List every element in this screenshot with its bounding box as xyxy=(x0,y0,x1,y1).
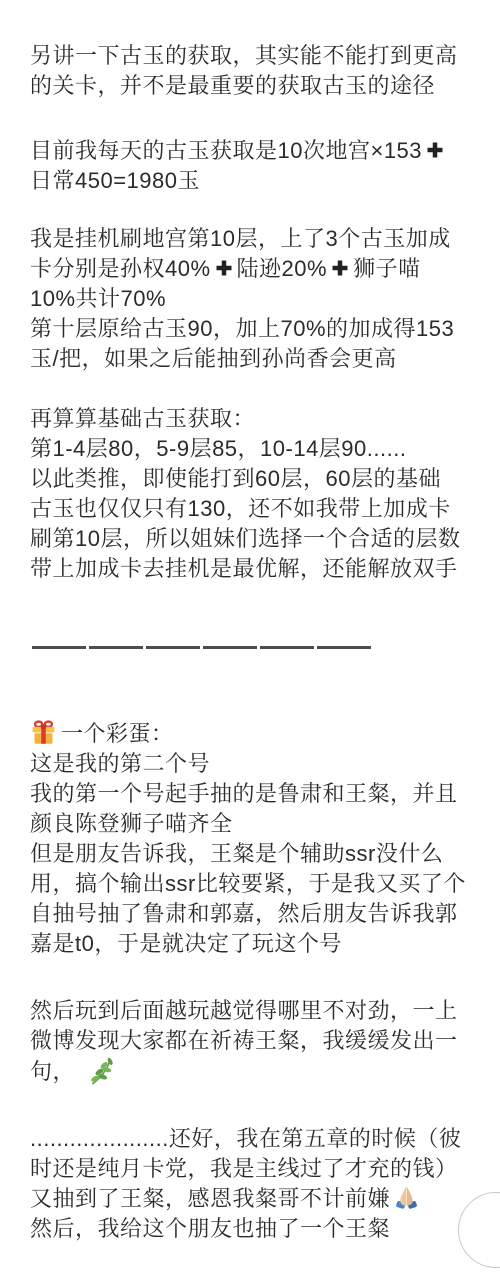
text: 陆逊20% xyxy=(237,256,328,281)
text: 然后，我给这个朋友也抽了一个王粲 xyxy=(30,1216,390,1241)
text: 10%共计70% xyxy=(30,286,166,311)
text: 时还是纯月卡党，我是主线过了才充的钱） xyxy=(30,1156,458,1181)
text-line: 以此类推，即使能打到60层，60层的基础 xyxy=(30,464,472,494)
text-line: 古玉也仅仅只有130，还不如我带上加成卡 xyxy=(30,494,472,524)
text: 一个彩蛋： xyxy=(61,721,174,746)
paragraph-daily-jade: 目前我每天的古玉获取是10次地宫×153 日常450=1980玉 xyxy=(30,136,472,196)
text: 以此类推，即使能打到60层，60层的基础 xyxy=(30,466,441,491)
heavy-plus-icon xyxy=(330,258,350,278)
text-line: 的关卡，并不是最重要的获取古玉的途径 xyxy=(30,71,472,101)
text-line: 自抽号抽了鲁肃和郭嘉，然后朋友告诉我郭 xyxy=(30,899,472,929)
divider-segment xyxy=(317,646,371,649)
text: 但是朋友告诉我，王粲是个辅助ssr没什么 xyxy=(30,841,443,866)
text-line: .....................还好，我在第五章的时候（彼 xyxy=(30,1124,472,1154)
divider-segment xyxy=(32,646,86,649)
text-line: 这是我的第二个号 xyxy=(30,749,472,779)
text: 嘉是t0，于是就决定了玩这个号 xyxy=(30,931,342,956)
text-line: 目前我每天的古玉获取是10次地宫×153 xyxy=(30,136,472,166)
text: 玉/把，如果之后能抽到孙尚香会更高 xyxy=(30,346,397,371)
text-line: 又抽到了王粲，感恩我粲哥不计前嫌 xyxy=(30,1184,472,1214)
text-line: 时还是纯月卡党，我是主线过了才充的钱） xyxy=(30,1154,472,1184)
text: 自抽号抽了鲁肃和郭嘉，然后朋友告诉我郭 xyxy=(30,901,458,926)
text: 卡分别是孙权40% xyxy=(30,256,211,281)
herb-icon xyxy=(87,1056,117,1086)
text-line: 但是朋友告诉我，王粲是个辅助ssr没什么 xyxy=(30,839,472,869)
text-line: 另讲一下古玉的获取，其实能不能打到更高 xyxy=(30,41,472,71)
text: 我的第一个号起手抽的是鲁肃和王粲，并且 xyxy=(30,781,458,806)
text-line: 日常450=1980玉 xyxy=(30,166,472,196)
paragraph-jade-intro: 另讲一下古玉的获取，其实能不能打到更高 的关卡，并不是最重要的获取古玉的途径 xyxy=(30,41,472,101)
text: 日常450=1980玉 xyxy=(30,168,200,193)
text: 再算算基础古玉获取： xyxy=(30,406,255,431)
paragraph-weibo-realization: 然后玩到后面越玩越觉得哪里不对劲，一上 微博发现大家都在祈祷王粲，我缓缓发出一 … xyxy=(30,996,472,1086)
heavy-plus-icon xyxy=(214,258,234,278)
text: 句， xyxy=(30,1059,75,1084)
text-line: 第十层原给古玉90，加上70%的加成得153 xyxy=(30,314,472,344)
divider xyxy=(32,646,472,649)
text-line: 然后玩到后面越玩越觉得哪里不对劲，一上 xyxy=(30,996,472,1026)
divider-segment xyxy=(260,646,314,649)
text-line: 卡分别是孙权40%陆逊20%狮子喵 xyxy=(30,254,472,284)
post-body: 另讲一下古玉的获取，其实能不能打到更高 的关卡，并不是最重要的获取古玉的途径 目… xyxy=(0,0,500,1285)
text: 的关卡，并不是最重要的获取古玉的途径 xyxy=(30,73,435,98)
text: 古玉也仅仅只有130，还不如我带上加成卡 xyxy=(30,496,451,521)
text: 然后玩到后面越玩越觉得哪里不对劲，一上 xyxy=(30,998,458,1023)
folded-hands-icon xyxy=(393,1184,420,1211)
text: 另讲一下古玉的获取，其实能不能打到更高 xyxy=(30,43,458,68)
text-line: 颜良陈登狮子喵齐全 xyxy=(30,809,472,839)
gift-icon xyxy=(30,719,57,746)
paragraph-base-jade: 再算算基础古玉获取： 第1-4层80，5-9层85，10-14层90......… xyxy=(30,404,472,584)
text: 狮子喵 xyxy=(353,256,421,281)
text-line: 句， xyxy=(30,1056,472,1086)
divider-segment xyxy=(146,646,200,649)
text: 用，搞个输出ssr比较要紧，于是我又买了个 xyxy=(30,871,466,896)
text-line: 刷第10层，所以姐妹们选择一个合适的层数 xyxy=(30,524,472,554)
text-line: 第1-4层80，5-9层85，10-14层90...... xyxy=(30,434,472,464)
text-line: 用，搞个输出ssr比较要紧，于是我又买了个 xyxy=(30,869,472,899)
text: 第十层原给古玉90，加上70%的加成得153 xyxy=(30,316,454,341)
paragraph-bonus-cards: 我是挂机刷地宫第10层，上了3个古玉加成 卡分别是孙权40%陆逊20%狮子喵 1… xyxy=(30,224,472,374)
paragraph-wangcan-return: .....................还好，我在第五章的时候（彼 时还是纯月… xyxy=(30,1124,472,1244)
text: 又抽到了王粲，感恩我粲哥不计前嫌 xyxy=(30,1186,390,1211)
text-line: 我是挂机刷地宫第10层，上了3个古玉加成 xyxy=(30,224,472,254)
text-line: 一个彩蛋： xyxy=(30,719,472,749)
text-line: 微博发现大家都在祈祷王粲，我缓缓发出一 xyxy=(30,1026,472,1056)
text: 第1-4层80，5-9层85，10-14层90...... xyxy=(30,436,406,461)
text-line: 玉/把，如果之后能抽到孙尚香会更高 xyxy=(30,344,472,374)
text: 微博发现大家都在祈祷王粲，我缓缓发出一 xyxy=(30,1028,458,1053)
text: 目前我每天的古玉获取是10次地宫×153 xyxy=(30,138,422,163)
text: 刷第10层，所以姐妹们选择一个合适的层数 xyxy=(30,526,460,551)
text: 我是挂机刷地宫第10层，上了3个古玉加成 xyxy=(30,226,451,251)
divider-segment xyxy=(203,646,257,649)
text-line: 嘉是t0，于是就决定了玩这个号 xyxy=(30,929,472,959)
text-line: 带上加成卡去挂机是最优解，还能解放双手 xyxy=(30,554,472,584)
paragraph-easter-egg: 一个彩蛋： 这是我的第二个号 我的第一个号起手抽的是鲁肃和王粲，并且 颜良陈登狮… xyxy=(30,719,472,959)
post-text-content: 另讲一下古玉的获取，其实能不能打到更高 的关卡，并不是最重要的获取古玉的途径 目… xyxy=(0,0,500,1244)
text-line: 10%共计70% xyxy=(30,284,472,314)
divider-segment xyxy=(89,646,143,649)
text: .....................还好，我在第五章的时候（彼 xyxy=(30,1126,461,1151)
text: 这是我的第二个号 xyxy=(30,751,210,776)
text: 颜良陈登狮子喵齐全 xyxy=(30,811,233,836)
heavy-plus-icon xyxy=(425,140,445,160)
text: 带上加成卡去挂机是最优解，还能解放双手 xyxy=(30,556,458,581)
text-line: 我的第一个号起手抽的是鲁肃和王粲，并且 xyxy=(30,779,472,809)
text-line: 然后，我给这个朋友也抽了一个王粲 xyxy=(30,1214,472,1244)
text-line: 再算算基础古玉获取： xyxy=(30,404,472,434)
